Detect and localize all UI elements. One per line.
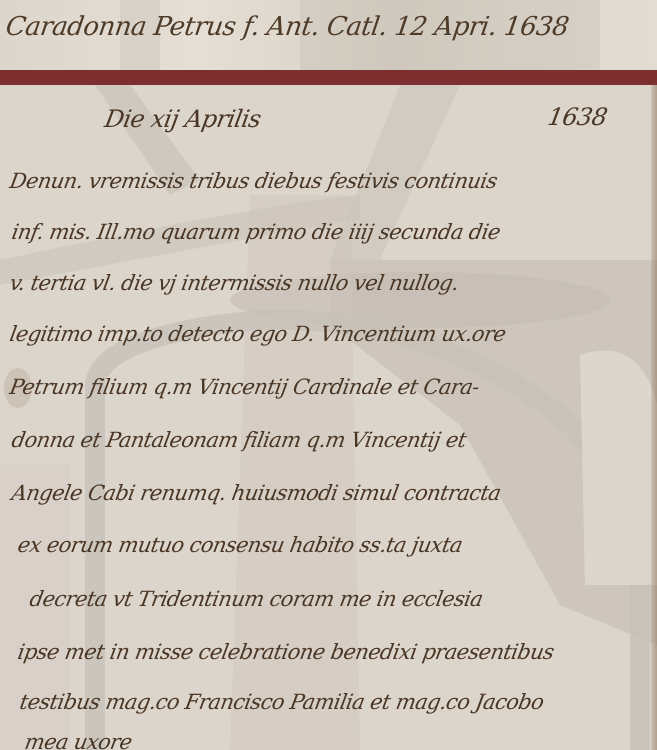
text-line: ex eorum mutuo consensu habito ss.ta jux… bbox=[16, 533, 464, 557]
text-line: Petrum filium q.m Vincentij Cardinale et… bbox=[8, 375, 481, 399]
heading-year: 1638 bbox=[546, 103, 610, 131]
text-line: decreta vt Tridentinum coram me in eccle… bbox=[28, 587, 485, 611]
text-line: mea uxore bbox=[23, 730, 134, 750]
text-line: testibus mag.co Francisco Pamilia et mag… bbox=[18, 690, 546, 714]
text-line: legitimo imp.to detecto ego D. Vincentiu… bbox=[8, 322, 508, 346]
text-line: ipse met in misse celebratione benedixi … bbox=[16, 640, 556, 664]
manuscript-page: Die xij Aprilis 1638 Denun. vremissis tr… bbox=[0, 85, 657, 750]
page-edge bbox=[651, 85, 657, 750]
text-line: inf. mis. Ill.mo quarum primo die iiij s… bbox=[10, 220, 502, 244]
text-line: Denun. vremissis tribus diebus festivis … bbox=[8, 169, 499, 193]
divider-band bbox=[0, 70, 657, 85]
text-line: v. tertia vl. die vj intermissis nullo v… bbox=[8, 271, 461, 295]
text-line: Angele Cabi renumq. huiusmodi simul cont… bbox=[10, 481, 503, 505]
document-caption: Caradonna Petrus f. Ant. Catl. 12 Apri. … bbox=[4, 12, 657, 42]
heading-date: Die xij Aprilis bbox=[103, 105, 263, 133]
header-strip: Caradonna Petrus f. Ant. Catl. 12 Apri. … bbox=[0, 0, 657, 70]
text-line: donna et Pantaleonam filiam q.m Vincenti… bbox=[10, 428, 468, 452]
